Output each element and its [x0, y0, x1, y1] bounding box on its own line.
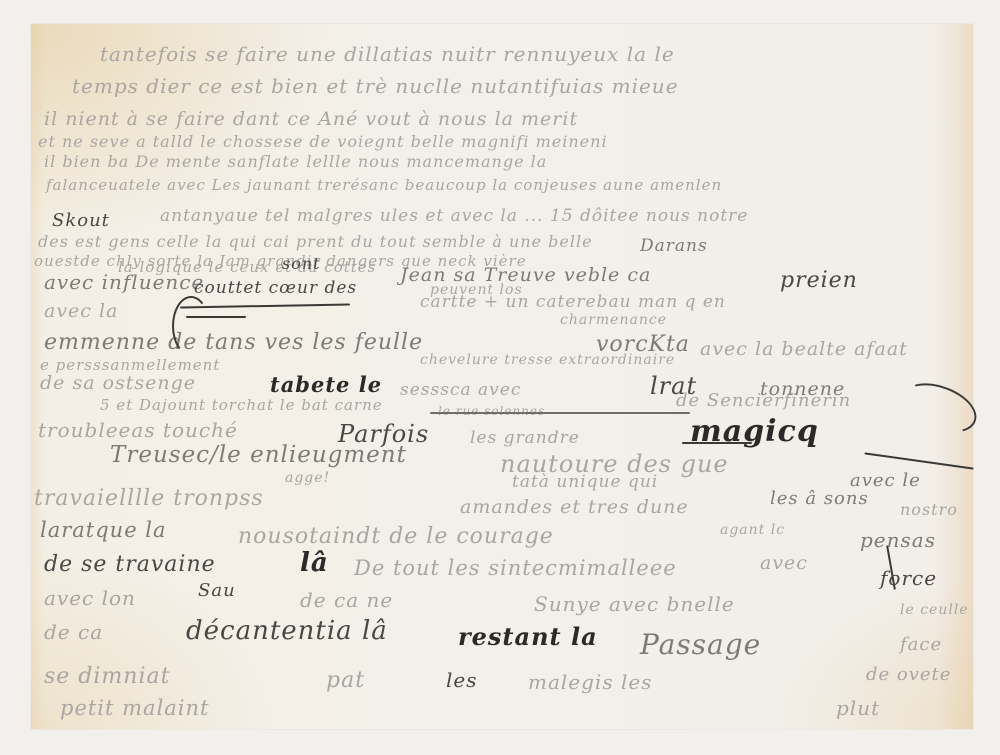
handwritten-line: les â sons	[770, 488, 869, 509]
handwritten-line: antanyaue tel malgres ules et avec la ..…	[160, 206, 748, 226]
handwritten-line: avec lon	[44, 586, 136, 610]
handwritten-line: emmenne de tans ves les feulle	[44, 330, 423, 355]
handwritten-line: avec influence	[44, 270, 204, 294]
handwritten-line: nousotaindt de le courage	[238, 524, 554, 549]
handwritten-line: le ceulle	[900, 602, 969, 618]
handwritten-line: travaielllle tronpss	[34, 486, 264, 511]
underline-stroke	[430, 412, 690, 414]
handwritten-line: de ca ne	[300, 588, 393, 612]
handwritten-line: Sunye avec bnelle	[534, 592, 735, 616]
handwritten-line: preien	[780, 268, 858, 293]
handwritten-line: décantentia lâ	[186, 616, 388, 646]
handwritten-line: Skout	[52, 210, 110, 231]
handwritten-line: des est gens celle la qui cai prent du t…	[38, 232, 593, 251]
handwritten-line: sesssca avec	[400, 380, 521, 400]
handwritten-line: tabete le	[270, 372, 382, 397]
handwritten-line: les	[446, 668, 478, 692]
handwritten-line: il nient à se faire dant ce Ané vout à n…	[44, 108, 578, 130]
handwritten-line: force	[880, 566, 937, 590]
handwritten-line: malegis les	[528, 670, 652, 694]
handwritten-line: tatà unique qui	[512, 472, 658, 492]
underline-stroke	[682, 442, 752, 444]
handwritten-line: avec la	[44, 300, 118, 322]
handwritten-line: restant la	[458, 622, 598, 651]
handwritten-line: agant lc	[720, 522, 785, 538]
handwritten-line: charmenance	[560, 312, 667, 328]
handwritten-line: Treusec/le enlieugment	[110, 442, 407, 468]
handwritten-line: avec	[760, 552, 808, 574]
handwritten-line: le rue solennes	[438, 404, 545, 418]
handwritten-line: plut	[836, 696, 880, 720]
handwritten-line: cartte + un caterebau man q en	[420, 292, 726, 312]
handwritten-line: petit malaint	[60, 696, 210, 720]
handwritten-line: chevelure tresse extraordinaire	[420, 352, 675, 368]
handwritten-line: de sa ostsenge	[40, 372, 196, 394]
handwritten-line: pensas	[860, 528, 936, 552]
handwritten-line: temps dier ce est bien et trè nuclle nut…	[72, 74, 679, 98]
handwritten-line: de se travaine	[44, 552, 216, 577]
handwritten-line: nostro	[900, 500, 958, 519]
handwritten-line: agge!	[285, 470, 330, 486]
handwritten-line: se dimniat	[44, 664, 170, 689]
handwritten-line: Darans	[640, 236, 708, 256]
handwritten-line: les grandre	[470, 428, 580, 448]
handwritten-line: il bien ba De mente sanflate lellle nous…	[44, 152, 547, 171]
handwritten-line: amandes et tres dune	[460, 496, 689, 518]
bracket-stroke	[172, 296, 210, 356]
handwritten-line: pat	[326, 668, 365, 693]
handwritten-line: tantefois se faire une dillatias nuitr r…	[100, 42, 675, 66]
handwritten-line: avec la bealte afaat	[700, 338, 908, 360]
handwritten-line: et ne seve a talld le chossese de voiegn…	[38, 132, 608, 151]
handwritten-line: De tout les sintecmimalleee	[354, 556, 677, 580]
handwritten-line: sont	[282, 254, 321, 273]
handwritten-line: Passage	[640, 628, 761, 661]
handwritten-line: falanceuatele avec Les jaunant trerésanc…	[46, 176, 722, 194]
handwritten-line: 5 et Dajount torchat le bat carne	[100, 396, 383, 414]
handwritten-line: de Sencierfinerin	[676, 390, 851, 411]
handwritten-line: de ovete	[866, 664, 951, 685]
handwritten-line: laratque la	[40, 518, 167, 542]
handwritten-line: face	[900, 634, 942, 655]
handwritten-line: couttet cœur des	[194, 278, 357, 298]
handwritten-line: Sau	[198, 580, 236, 601]
handwritten-line: lâ	[300, 548, 329, 578]
handwritten-line: de ca	[44, 620, 103, 644]
handwritten-line: troubleeas touché	[38, 418, 238, 442]
